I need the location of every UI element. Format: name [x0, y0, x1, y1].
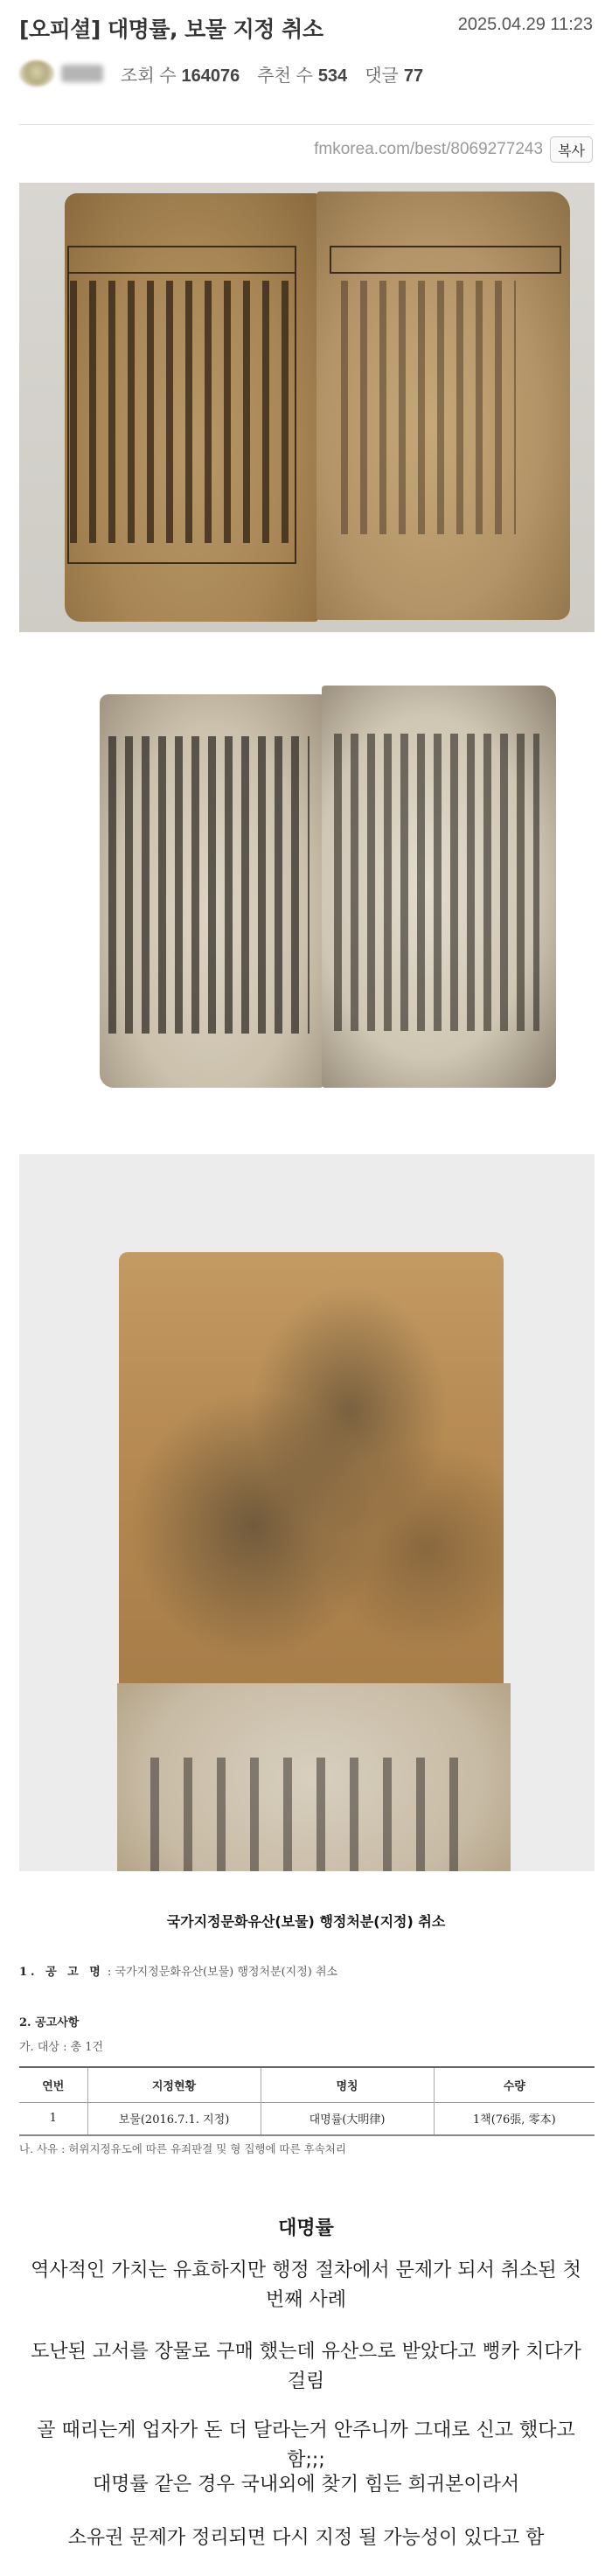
- col-header-serial: 연번: [19, 2067, 87, 2102]
- author-nickname-blurred[interactable]: [61, 65, 103, 82]
- body-paragraph: 소유권 문제가 정리되면 다시 지정 될 가능성이 있다고 함: [26, 2524, 586, 2553]
- text-columns: [108, 736, 309, 1034]
- notice-table: 연번 지정현황 명칭 수량 1 보물(2016.7.1. 지정) 대명률(大明律…: [19, 2066, 595, 2136]
- notice-reason: 나. 사유 : 허위지정유도에 따른 유죄판결 및 형 집행에 따른 후속처리: [19, 2141, 346, 2156]
- post-url[interactable]: fmkorea.com/best/8069277243: [314, 140, 543, 159]
- views-label: 조회 수: [121, 66, 177, 86]
- post-image-2[interactable]: [19, 633, 595, 1137]
- text-columns: [70, 281, 293, 543]
- body-heading: 대명률: [26, 2214, 586, 2244]
- calligraphy-text: [150, 1758, 483, 1871]
- post-image-1[interactable]: [19, 183, 595, 632]
- copy-url-button[interactable]: 복사: [550, 136, 593, 163]
- header-divider: [19, 124, 593, 125]
- comments-count: 77: [404, 66, 423, 86]
- likes-count: 534: [318, 66, 347, 86]
- views-stat: 조회 수164076: [121, 61, 240, 87]
- table-row: 1 보물(2016.7.1. 지정) 대명률(大明律) 1책(76張, 零本): [19, 2102, 595, 2135]
- col-header-designation: 지정현황: [87, 2067, 261, 2102]
- cell-serial: 1: [19, 2102, 87, 2135]
- notice-target: 가. 대상 : 총 1건: [19, 2037, 103, 2054]
- post-url-row: fmkorea.com/best/8069277243 복사: [314, 136, 593, 163]
- post-image-3[interactable]: [19, 1154, 595, 1871]
- cell-designation: 보물(2016.7.1. 지정): [87, 2102, 261, 2135]
- col-header-quantity: 수량: [434, 2067, 595, 2102]
- views-count: 164076: [182, 66, 240, 86]
- page-header-box: [67, 246, 296, 274]
- post-title: [오피셜] 대명률, 보물 지정 취소: [19, 12, 323, 44]
- book-cover: [119, 1252, 504, 1707]
- notice-item-1-value: : 국가지정문화유산(보물) 행정처분(지정) 취소: [108, 1966, 337, 1979]
- table-header-row: 연번 지정현황 명칭 수량: [19, 2067, 595, 2102]
- post-header: [오피셜] 대명률, 보물 지정 취소 2025.04.29 11:23 조회 …: [0, 0, 612, 127]
- post-meta: 조회 수164076 추천 수534 댓글77: [19, 59, 423, 87]
- notice-item-1-label: 1. 공 고 명: [19, 1966, 104, 1979]
- comments-stat[interactable]: 댓글77: [365, 61, 423, 87]
- likes-label: 추천 수: [257, 66, 313, 86]
- notice-title: 국가지정문화유산(보물) 행정처분(지정) 취소: [0, 1911, 612, 1931]
- likes-stat: 추천 수534: [257, 61, 347, 87]
- notice-item-2-label: 2. 공고사항: [19, 2013, 79, 2029]
- post-datetime: 2025.04.29 11:23: [458, 15, 593, 35]
- notice-item-1: 1. 공 고 명 : 국가지정문화유산(보물) 행정처분(지정) 취소: [19, 1962, 337, 1979]
- cell-quantity: 1책(76張, 零本): [434, 2102, 595, 2135]
- cell-name: 대명률(大明律): [261, 2102, 434, 2135]
- body-paragraph: 도난된 고서를 장물로 구매 했는데 유산으로 받았다고 뻥카 치다가 걸림: [26, 2337, 586, 2397]
- col-header-name: 명칭: [261, 2067, 434, 2102]
- author-avatar[interactable]: [19, 60, 54, 87]
- text-columns: [341, 281, 516, 534]
- body-paragraph: 대명률 같은 경우 국내외에 찾기 힘든 희귀본이라서: [26, 2470, 586, 2500]
- page-header-box: [330, 246, 561, 274]
- text-columns: [334, 734, 539, 1031]
- comments-label: 댓글: [365, 66, 399, 86]
- body-paragraph: 역사적인 가치는 유효하지만 행정 절차에서 문제가 되서 취소된 첫번째 사례: [26, 2256, 586, 2315]
- body-paragraph: 골 때리는게 업자가 돈 더 달라는거 안주니까 그대로 신고 했다고 함;;;: [26, 2416, 586, 2475]
